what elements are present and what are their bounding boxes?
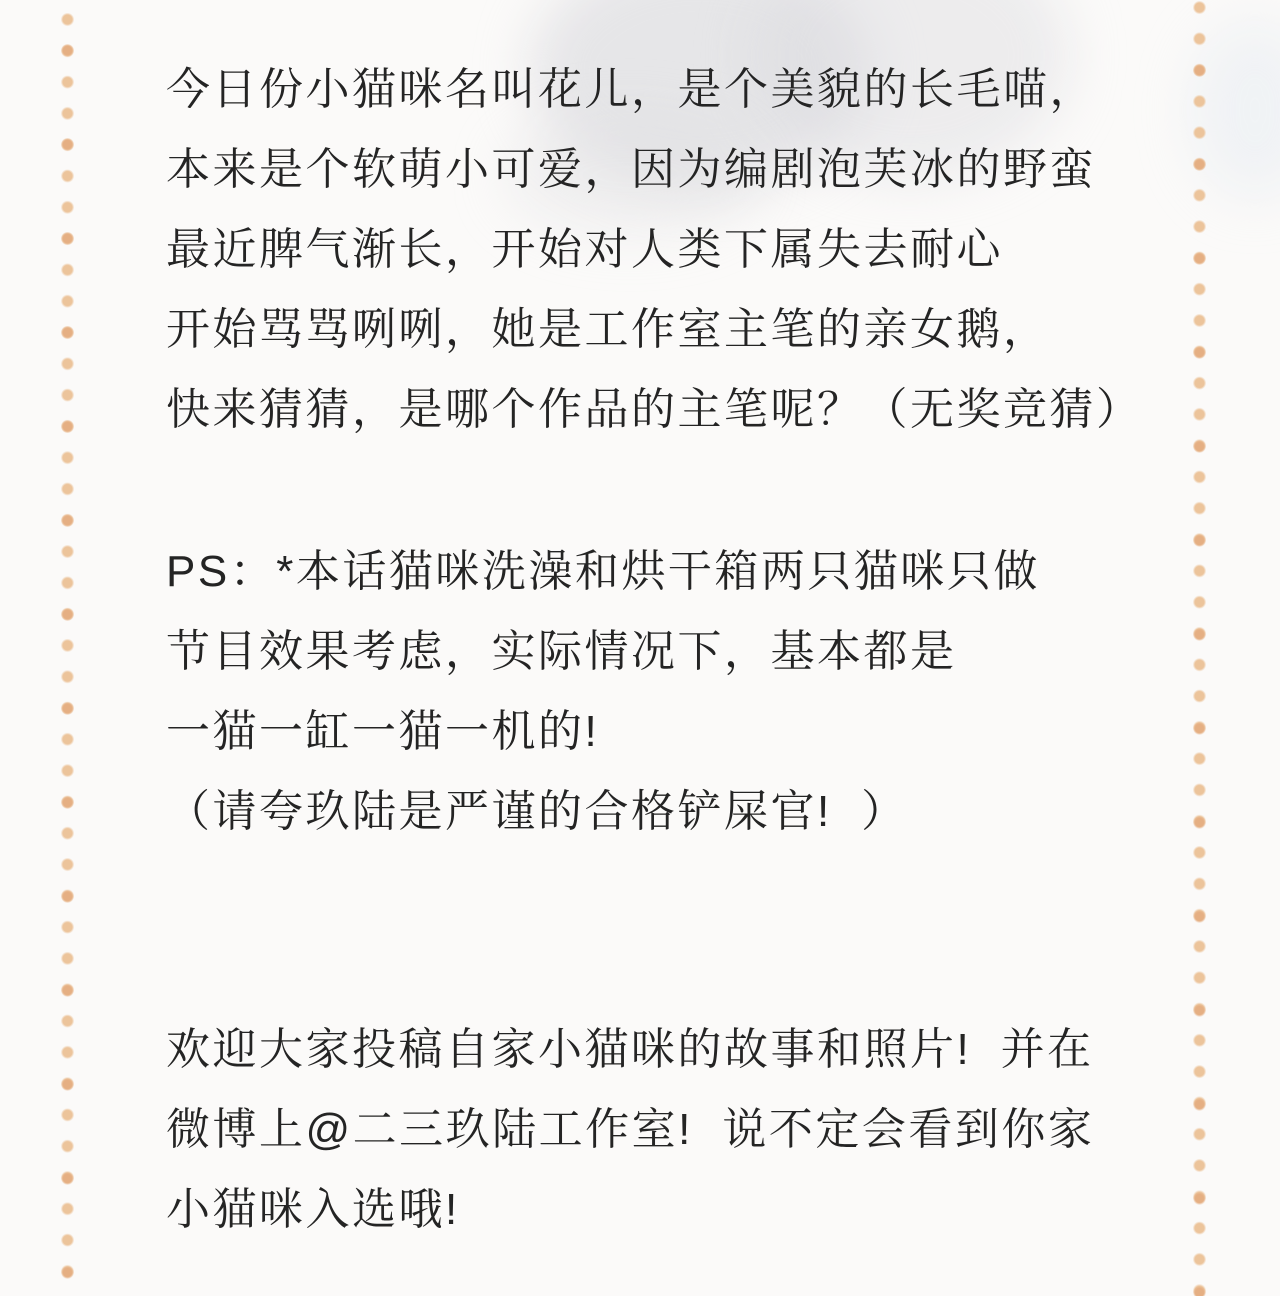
text-line: 本来是个软萌小可爱，因为编剧泡芙冰的野蛮 xyxy=(166,130,1216,210)
ps-note-paragraph: PS：*本话猫咪洗澡和烘干箱两只猫咪只做 节目效果考虑，实际情况下，基本都是 一… xyxy=(166,532,1216,852)
text-line: 微博上@二三玖陆工作室! 说不定会看到你家 xyxy=(166,1090,1216,1170)
text-line: PS：*本话猫咪洗澡和烘干箱两只猫咪只做 xyxy=(166,532,1216,612)
text-line: 今日份小猫咪名叫花儿，是个美貌的长毛喵， xyxy=(166,50,1216,130)
text-line: 节目效果考虑，实际情况下，基本都是 xyxy=(166,612,1216,692)
submission-call-paragraph: 欢迎大家投稿自家小猫咪的故事和照片! 并在 微博上@二三玖陆工作室! 说不定会看… xyxy=(166,1010,1216,1250)
story-paragraph: 今日份小猫咪名叫花儿，是个美貌的长毛喵， 本来是个软萌小可爱，因为编剧泡芙冰的野… xyxy=(166,50,1216,450)
text-line: 最近脾气渐长，开始对人类下属失去耐心 xyxy=(166,210,1216,290)
post-image-page: 今日份小猫咪名叫花儿，是个美貌的长毛喵， 本来是个软萌小可爱，因为编剧泡芙冰的野… xyxy=(0,0,1280,1296)
text-line: 一猫一缸一猫一机的! xyxy=(166,692,1216,772)
text-line: 快来猜猜，是哪个作品的主笔呢？（无奖竞猜） xyxy=(166,370,1216,450)
text-content: 今日份小猫咪名叫花儿，是个美貌的长毛喵， 本来是个软萌小可爱，因为编剧泡芙冰的野… xyxy=(166,50,1216,1250)
text-line: （请夸玖陆是严谨的合格铲屎官! ） xyxy=(166,772,1216,852)
text-line: 小猫咪入选哦! xyxy=(166,1170,1216,1250)
left-dotted-border xyxy=(61,13,74,1296)
text-line: 欢迎大家投稿自家小猫咪的故事和照片! 并在 xyxy=(166,1010,1216,1090)
text-line: 开始骂骂咧咧，她是工作室主笔的亲女鹅， xyxy=(166,290,1216,370)
